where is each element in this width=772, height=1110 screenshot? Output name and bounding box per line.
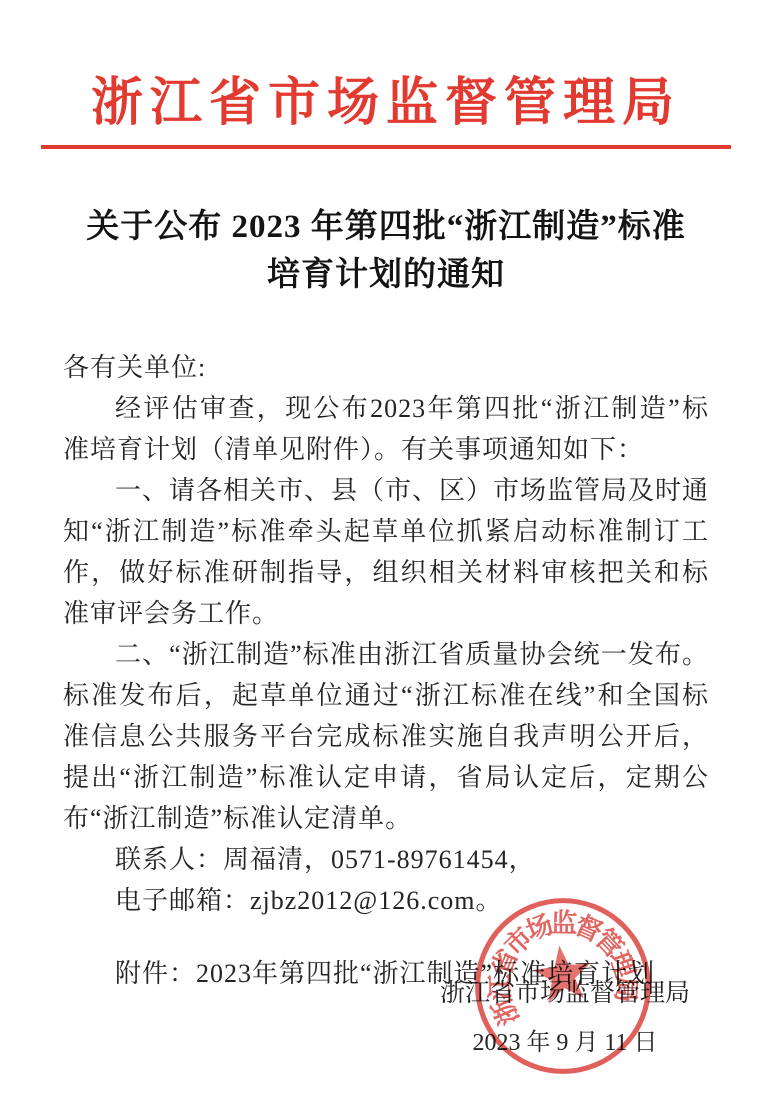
signature-block: 浙江省市场监督管理局 2023 年 9 月 11 日: [438, 978, 692, 1058]
letterhead: 浙江省市场监督管理局: [0, 76, 772, 132]
signature-org: 浙江省市场监督管理局: [438, 978, 692, 1010]
signature-date: 2023 年 9 月 11 日: [438, 1028, 692, 1058]
document-title-line2: 培育计划的通知: [0, 251, 772, 299]
document-title-line1: 关于公布 2023 年第四批“浙江制造”标准: [0, 203, 772, 251]
paragraph-item-1: 一、请各相关市、县（市、区）市场监管局及时通知“浙江制造”标准牵头起草单位抓紧启…: [63, 470, 709, 634]
letterhead-divider: [41, 145, 731, 149]
contact-line: 联系人：周福清，0571-89761454，: [63, 839, 709, 880]
document-body: 各有关单位: 经评估审查，现公布2023年第四批“浙江制造”标准培育计划（清单见…: [63, 347, 709, 994]
email-line: 电子邮箱：zjbz2012@126.com。: [63, 880, 709, 921]
document-page: 浙江省市场监督管理局 关于公布 2023 年第四批“浙江制造”标准 培育计划的通…: [0, 0, 772, 1110]
letterhead-title: 浙江省市场监督管理局: [0, 76, 772, 132]
salutation: 各有关单位:: [63, 347, 709, 388]
paragraph-intro: 经评估审查，现公布2023年第四批“浙江制造”标准培育计划（清单见附件）。有关事…: [63, 388, 709, 470]
document-title: 关于公布 2023 年第四批“浙江制造”标准 培育计划的通知: [0, 203, 772, 299]
paragraph-item-2: 二、“浙江制造”标准由浙江省质量协会统一发布。标准发布后，起草单位通过“浙江标准…: [63, 634, 709, 839]
